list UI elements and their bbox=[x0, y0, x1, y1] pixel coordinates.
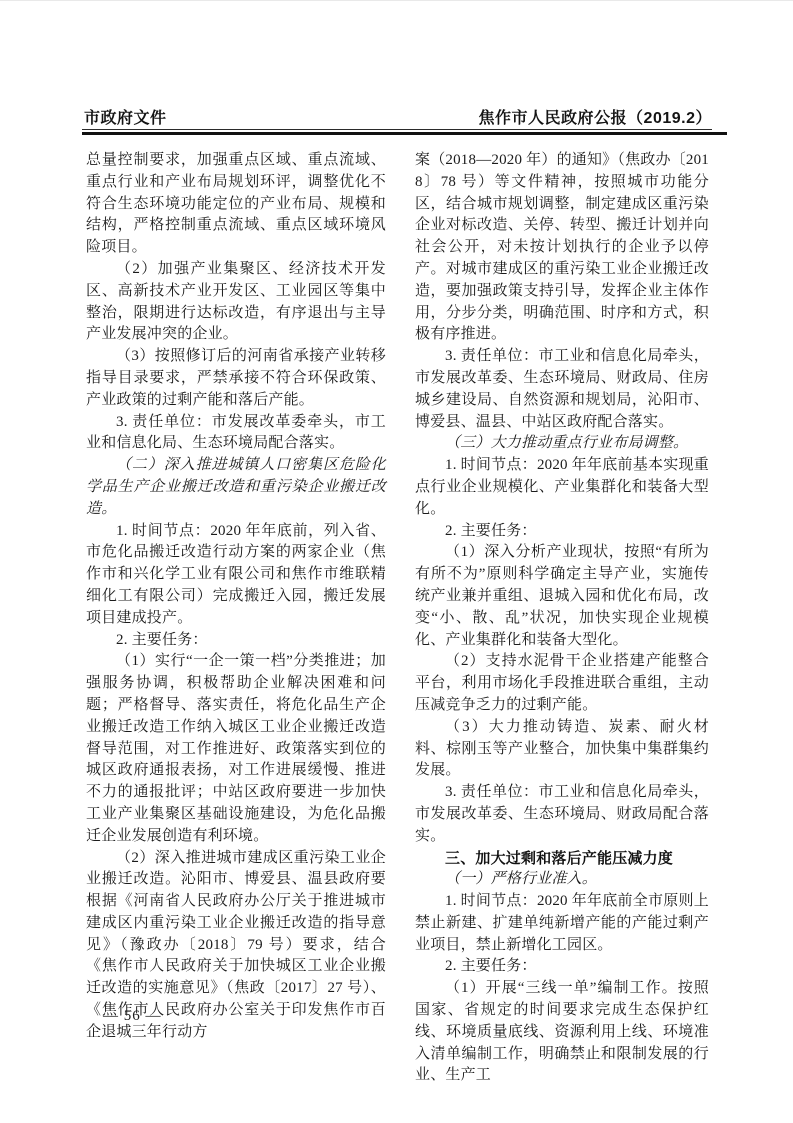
body-paragraph: （2）加强产业集聚区、经济技术开发区、高新技术产业开发区、工业园区等集中整治，限… bbox=[86, 259, 386, 346]
body-paragraph: （1）实行“一企一策一档”分类推进；加强服务协调，积极帮助企业解决困难和问题；严… bbox=[86, 651, 386, 847]
body-paragraph: 1. 时间节点：2020 年年底前基本实现重点行业企业规模化、产业集群化和装备大… bbox=[415, 455, 709, 520]
body-paragraph: 2. 主要任务： bbox=[415, 956, 709, 978]
header-right-title: 焦作市人民政府公报（2019.2） bbox=[479, 105, 712, 128]
body-paragraph: 案（2018—2020 年）的通知》（焦政办〔2018〕78 号）等文件精神，按… bbox=[415, 150, 709, 346]
page-header: 市政府文件 焦作市人民政府公报（2019.2） bbox=[84, 105, 712, 128]
gazette-page: 市政府文件 焦作市人民政府公报（2019.2） 总量控制要求，加强重点区域、重点… bbox=[0, 0, 793, 1123]
body-paragraph: （1）深入分析产业现状，按照“有所为有所不为”原则科学确定主导产业，实施传统产业… bbox=[415, 542, 709, 651]
body-paragraph: 1. 时间节点：2020 年年底前，列入省、市危化品搬迁改造行动方案的两家企业（… bbox=[86, 521, 386, 630]
body-paragraph: （1）开展“三线一单”编制工作。按照国家、省规定的时间要求完成生态保护红线、环境… bbox=[415, 978, 709, 1087]
section-heading: 三、加大过剩和落后产能压减力度 bbox=[415, 848, 709, 870]
text-column-left: 总量控制要求，加强重点区域、重点流域、重点行业和产业布局规划环评，调整优化不符合… bbox=[86, 150, 386, 1044]
body-paragraph: （2）支持水泥骨干企业搭建产能整合平台，利用市场化手段推进联合重组，主动压减竞争… bbox=[415, 651, 709, 716]
text-column-right: 案（2018—2020 年）的通知》（焦政办〔2018〕78 号）等文件精神，按… bbox=[415, 150, 709, 1087]
body-paragraph: 总量控制要求，加强重点区域、重点流域、重点行业和产业布局规划环评，调整优化不符合… bbox=[86, 150, 386, 259]
subsection-heading: （三）大力推动重点行业布局调整。 bbox=[415, 433, 709, 455]
subsection-heading: （一）严格行业准入。 bbox=[415, 869, 709, 891]
subsection-heading: （二）深入推进城镇人口密集区危险化学品生产企业搬迁改造和重污染企业搬迁改造。 bbox=[86, 455, 386, 520]
header-left-title: 市政府文件 bbox=[84, 105, 167, 128]
page-number: — 56 — bbox=[103, 1008, 162, 1025]
body-paragraph: （3）大力推动铸造、炭素、耐火材料、棕刚玉等产业整合，加快集中集群集约发展。 bbox=[415, 717, 709, 782]
body-paragraph: 2. 主要任务： bbox=[86, 630, 386, 652]
body-paragraph: 1. 时间节点：2020 年年底前全市原则上禁止新建、扩建单纯新增产能的产能过剩… bbox=[415, 891, 709, 956]
body-paragraph: 3. 责任单位：市工业和信息化局牵头，市发展改革委、生态环境局、财政局配合落实。 bbox=[415, 782, 709, 847]
header-rule-thin bbox=[82, 129, 712, 130]
body-paragraph: 2. 主要任务： bbox=[415, 521, 709, 543]
body-paragraph: （3）按照修订后的河南省承接产业转移指导目录要求，严禁承接不符合环保政策、产业政… bbox=[86, 346, 386, 411]
body-paragraph: 3. 责任单位：市工业和信息化局牵头，市发展改革委、生态环境局、财政局、住房城乡… bbox=[415, 346, 709, 433]
body-paragraph: 3. 责任单位：市发展改革委牵头，市工业和信息化局、生态环境局配合落实。 bbox=[86, 412, 386, 456]
header-rule-thick bbox=[82, 132, 727, 135]
